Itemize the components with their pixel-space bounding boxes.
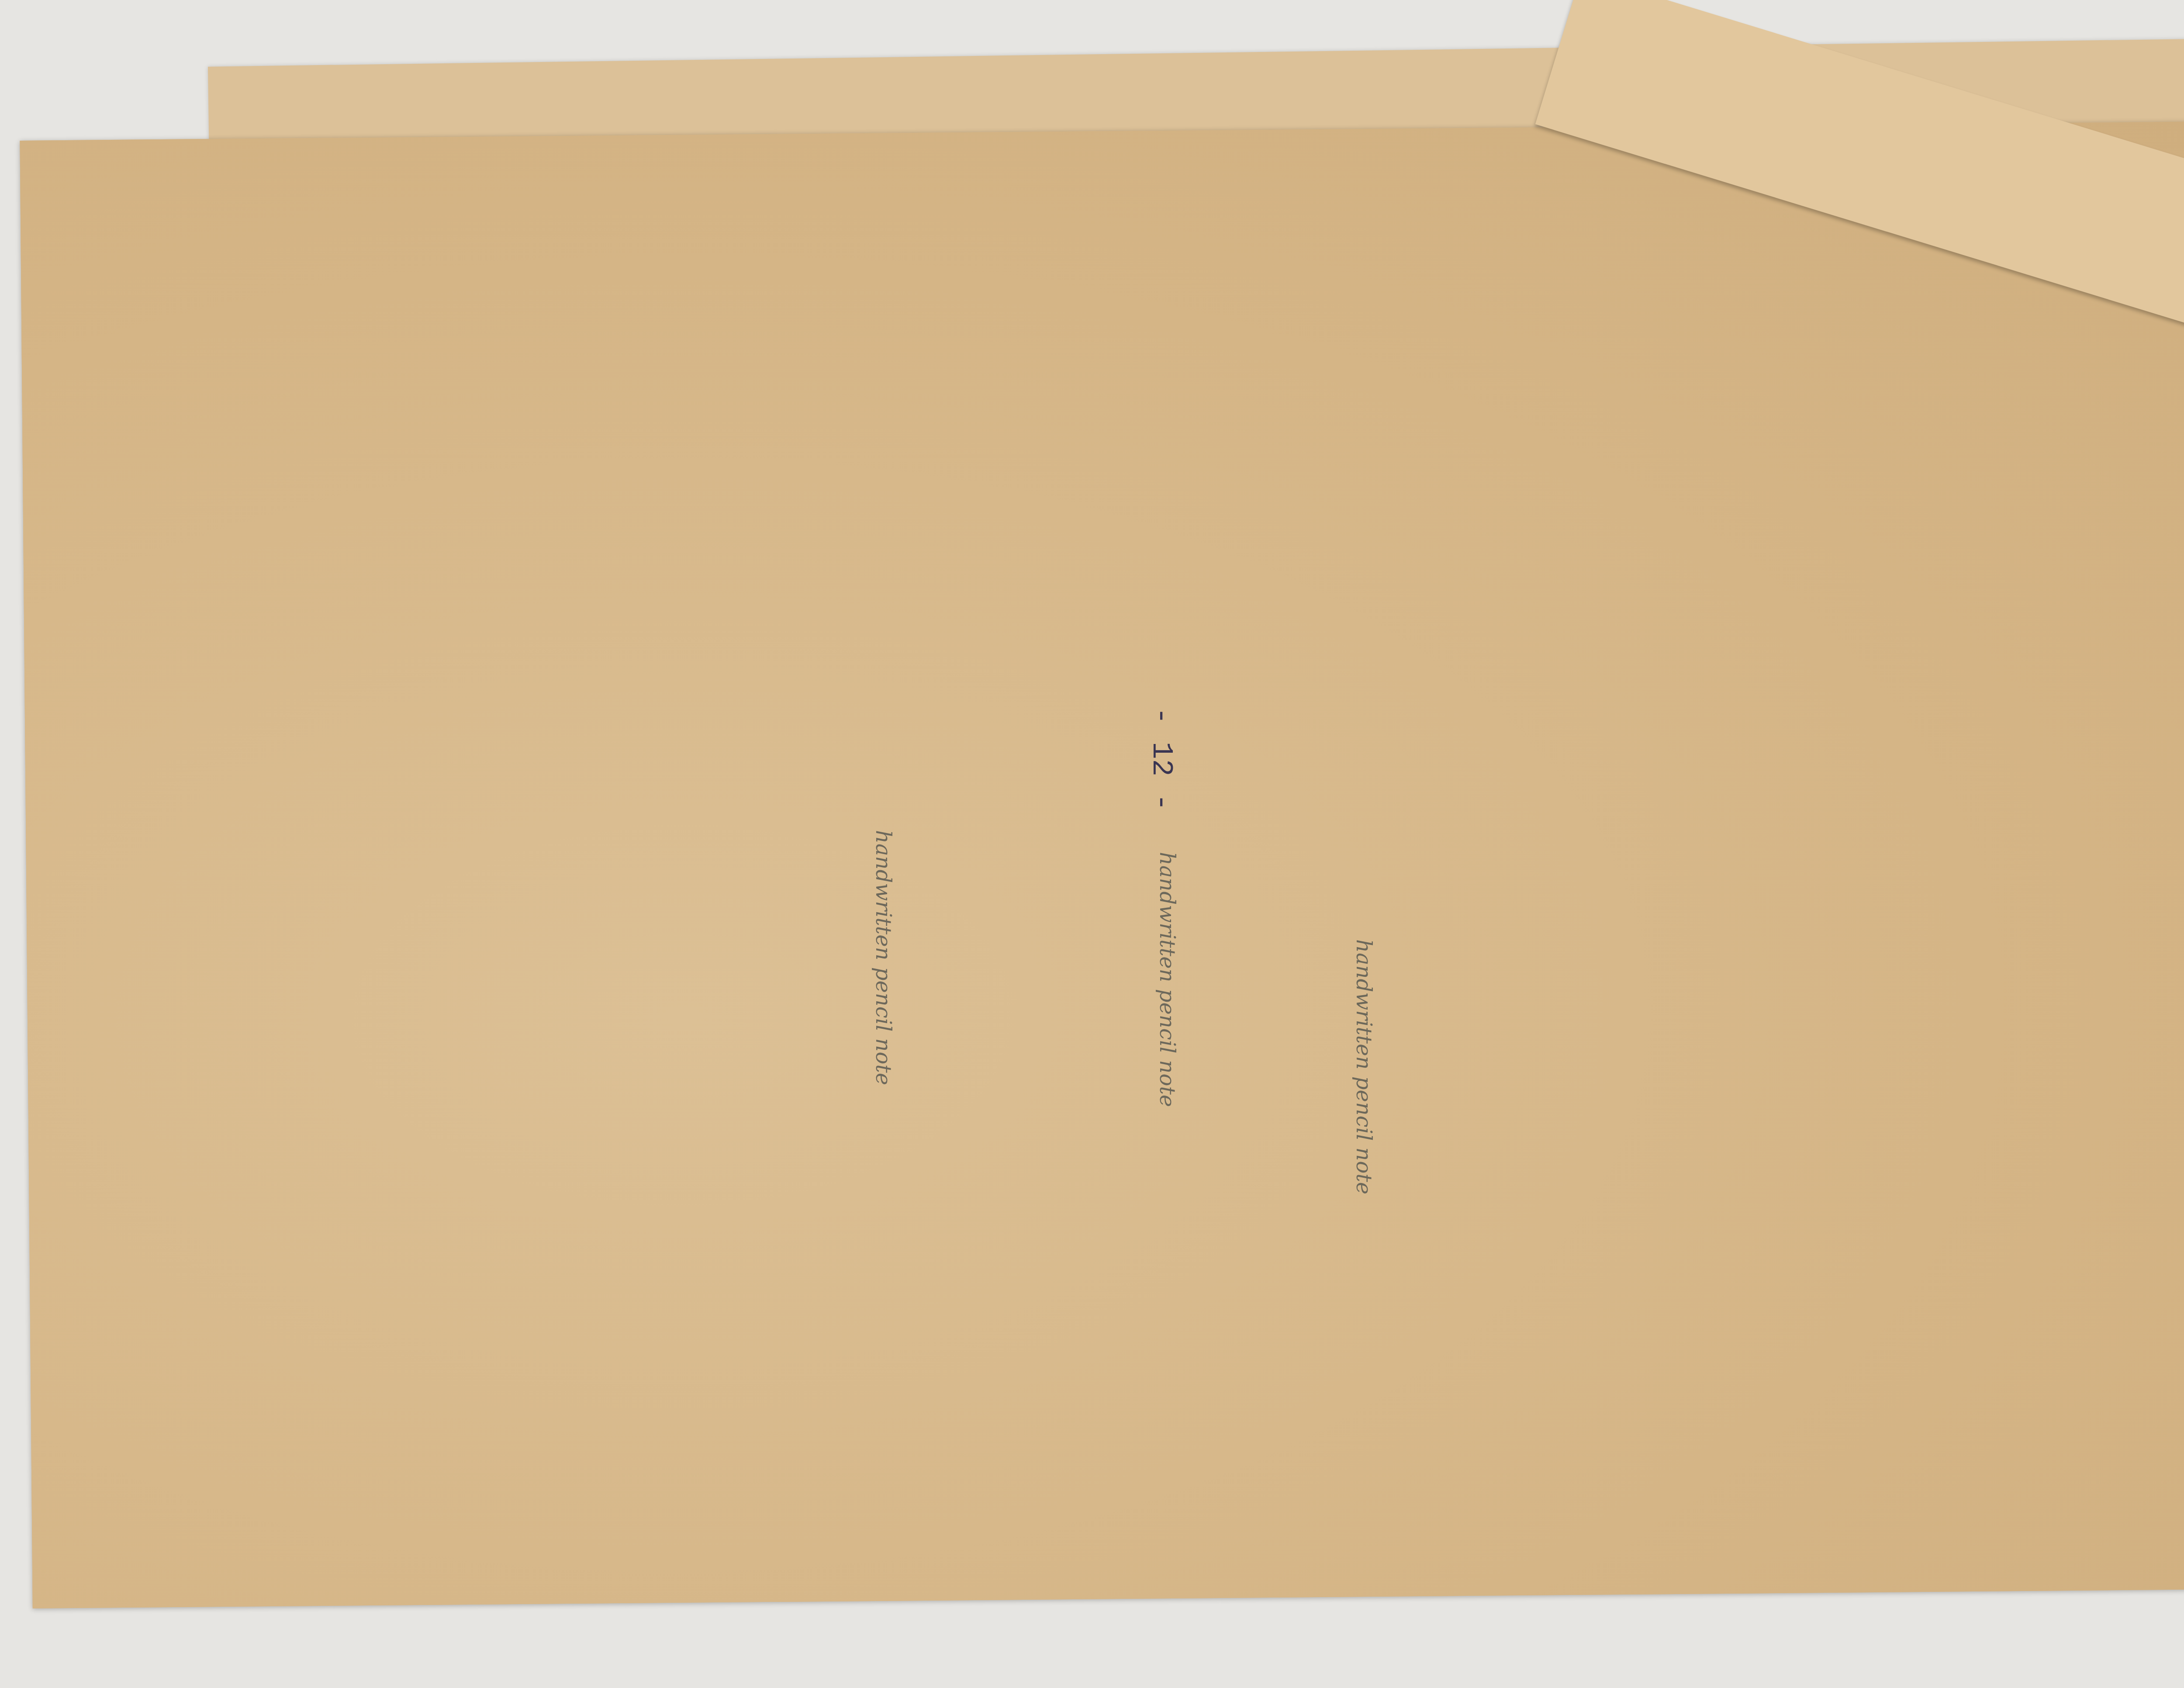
page-number: - 12 - — [1145, 707, 1178, 811]
pencil-annotation: handwritten pencil note — [1351, 939, 1376, 1194]
document-page: "מרכזי ראשון בשנת 1908 ... " לא יותר מזה… — [20, 121, 2184, 1608]
pencil-annotation: handwritten pencil note — [1155, 852, 1179, 1107]
pencil-annotation: handwritten pencil note — [871, 830, 895, 1085]
